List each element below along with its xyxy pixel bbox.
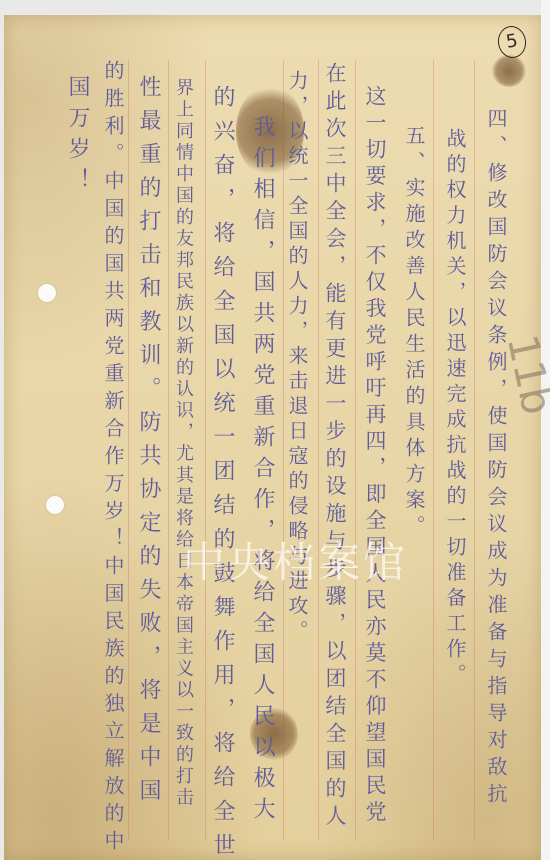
text-column-5: 在此次三中全会，能有更进一步的设施与步骤，以团结全国的人 — [324, 62, 345, 832]
text-column-9: 界上同情中国的友邦民族以新的认识，尤其是将给日本帝国主义以一致的打击 — [174, 78, 192, 809]
ruling-line — [433, 60, 434, 840]
punch-hole — [38, 284, 56, 302]
ruling-line — [318, 60, 319, 840]
text-column-4: 这一切要求，不仅我党呼吁再四，即全国人民亦莫不仰望国民党 — [364, 85, 385, 827]
text-column-8: 的兴奋，将给全国以统一团结的鼓舞作用，将给全世 — [211, 85, 233, 860]
ruling-line — [205, 60, 206, 840]
text-column-3: 五、实施改善人民生活的具体方案。 — [404, 125, 424, 541]
text-column-12: 国万岁！ — [66, 75, 88, 199]
ruling-line — [128, 60, 129, 840]
ruling-line — [355, 60, 356, 840]
scan-margin — [541, 0, 550, 860]
ruling-line — [168, 60, 169, 840]
ink-stain — [492, 55, 526, 87]
text-column-2: 战的权力机关，以迅速完成抗战的一切准备工作。 — [445, 128, 465, 689]
text-column-11: 的胜利。中国的国共两党重新合作万岁！中国民族的独立解放的中 — [103, 60, 123, 858]
text-column-1: 四、修改国防会议条例，使国防会议成为准备与指导对敌抗 — [486, 108, 506, 810]
punch-hole — [46, 496, 64, 514]
text-column-10: 性最重的打击和教训。防共协定的失败，将是中国 — [137, 75, 159, 812]
ruling-line — [474, 60, 475, 840]
archive-watermark: 中央档案馆 — [183, 530, 408, 590]
text-column-7: 我们相信，国共两党重新合作，将给全国人民以极大 — [251, 115, 273, 828]
